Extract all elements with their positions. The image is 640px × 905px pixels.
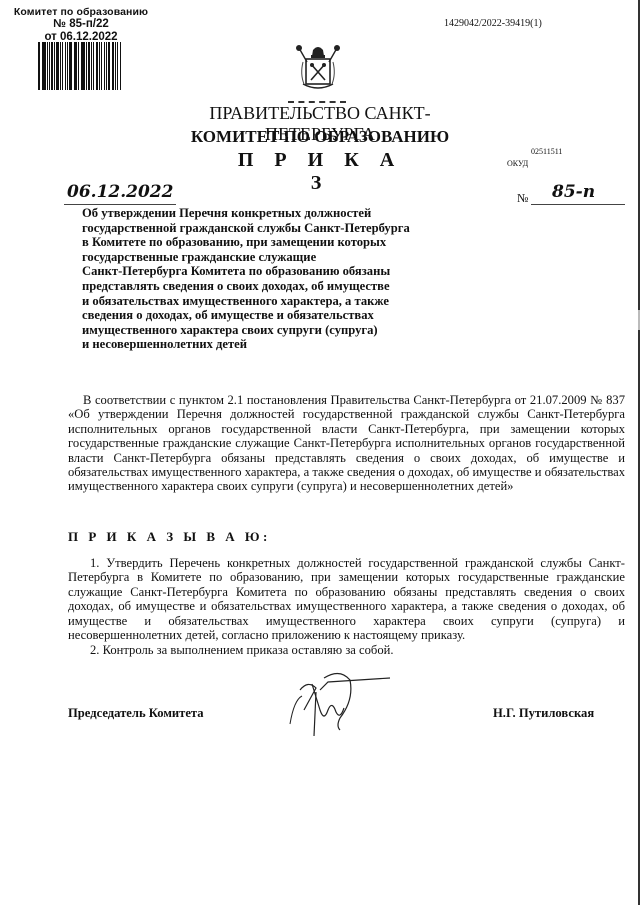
- stamp-number: № 85-п/22: [6, 18, 156, 31]
- subject-line: Об утверждении Перечня конкретных должно…: [82, 206, 442, 221]
- handwritten-number: 85-п: [552, 182, 595, 202]
- barcode-bar: [104, 42, 106, 90]
- subject-line: и обязательствах имущественного характер…: [82, 294, 442, 309]
- barcode-bar: [60, 42, 62, 90]
- barcode-bar: [120, 42, 121, 90]
- barcode-bar: [62, 42, 63, 90]
- handwritten-signature: [280, 670, 420, 740]
- signatory-name: Н.Г. Путиловская: [493, 706, 594, 721]
- barcode-bar: [51, 42, 53, 90]
- barcode-bar: [49, 42, 50, 90]
- barcode-bar: [56, 42, 58, 90]
- barcode-bar: [117, 42, 119, 90]
- stamp-org: Комитет по образованию: [6, 6, 156, 18]
- subject-line: в Комитете по образованию, при замещении…: [82, 235, 442, 250]
- barcode-bar: [65, 42, 66, 90]
- barcode-bar: [86, 42, 87, 90]
- barcode-bar: [38, 42, 40, 90]
- barcode-bar: [78, 42, 79, 90]
- subject-line: представлять сведения о своих доходах, о…: [82, 279, 442, 294]
- barcode-bar: [99, 42, 100, 90]
- order-verb: П Р И К А З Ы В А Ю:: [68, 529, 271, 545]
- okud-label: ОКУД: [507, 159, 528, 168]
- subject-line: имущественного характера своих супруги (…: [82, 323, 442, 338]
- barcode-bar: [81, 42, 82, 90]
- barcode-bar: [88, 42, 90, 90]
- barcode-bar: [96, 42, 98, 90]
- clause-1: 1. Утвердить Перечень конкретных должнос…: [68, 556, 625, 642]
- preamble-paragraph: В соответствии с пунктом 2.1 постановлен…: [68, 393, 625, 494]
- barcode-bar: [54, 42, 55, 90]
- date-underline: [64, 204, 176, 205]
- committee-name: КОМИТЕТ ПО ОБРАЗОВАНИЮ: [190, 127, 450, 147]
- subject-line: сведения о доходах, об имуществе и обяза…: [82, 308, 442, 323]
- registration-number: 1429042/2022-39419(1): [444, 18, 542, 29]
- subject-line: Санкт-Петербурга Комитета по образованию…: [82, 264, 442, 279]
- barcode-bar: [47, 42, 48, 90]
- barcode-bar: [74, 42, 75, 90]
- barcode-bar: [115, 42, 116, 90]
- subject-line: и несовершеннолетних детей: [82, 337, 442, 352]
- document-type: П Р И К А З: [230, 149, 410, 195]
- barcode-bar: [93, 42, 94, 90]
- subject-line: государственной гражданской службы Санкт…: [82, 221, 442, 236]
- st-petersburg-coat-of-arms-icon: [295, 44, 341, 96]
- barcode-bar: [67, 42, 69, 90]
- barcode-bar: [69, 42, 71, 90]
- subject-line: государственные гражданские служащие: [82, 250, 442, 265]
- signatory-title: Председатель Комитета: [68, 706, 204, 721]
- barcode-bar: [106, 42, 107, 90]
- barcode-icon: [38, 42, 122, 90]
- handwritten-date: 06.12.2022: [67, 182, 173, 202]
- number-underline: [531, 204, 625, 205]
- registration-stamp: Комитет по образованию № 85-п/22 от 06.1…: [6, 6, 156, 44]
- barcode-bar: [112, 42, 114, 90]
- order-subject: Об утверждении Перечня конкретных должно…: [82, 206, 442, 352]
- barcode-bar: [42, 42, 43, 90]
- okud-code: 02511511: [531, 147, 562, 156]
- clause-2: 2. Контроль за выполнением приказа остав…: [68, 643, 625, 657]
- number-label: №: [517, 191, 528, 206]
- barcode-bar: [108, 42, 110, 90]
- barcode-bar: [101, 42, 102, 90]
- barcode-bar: [75, 42, 77, 90]
- barcode-bar: [82, 42, 84, 90]
- barcode-bar: [43, 42, 45, 90]
- barcode-bar: [91, 42, 93, 90]
